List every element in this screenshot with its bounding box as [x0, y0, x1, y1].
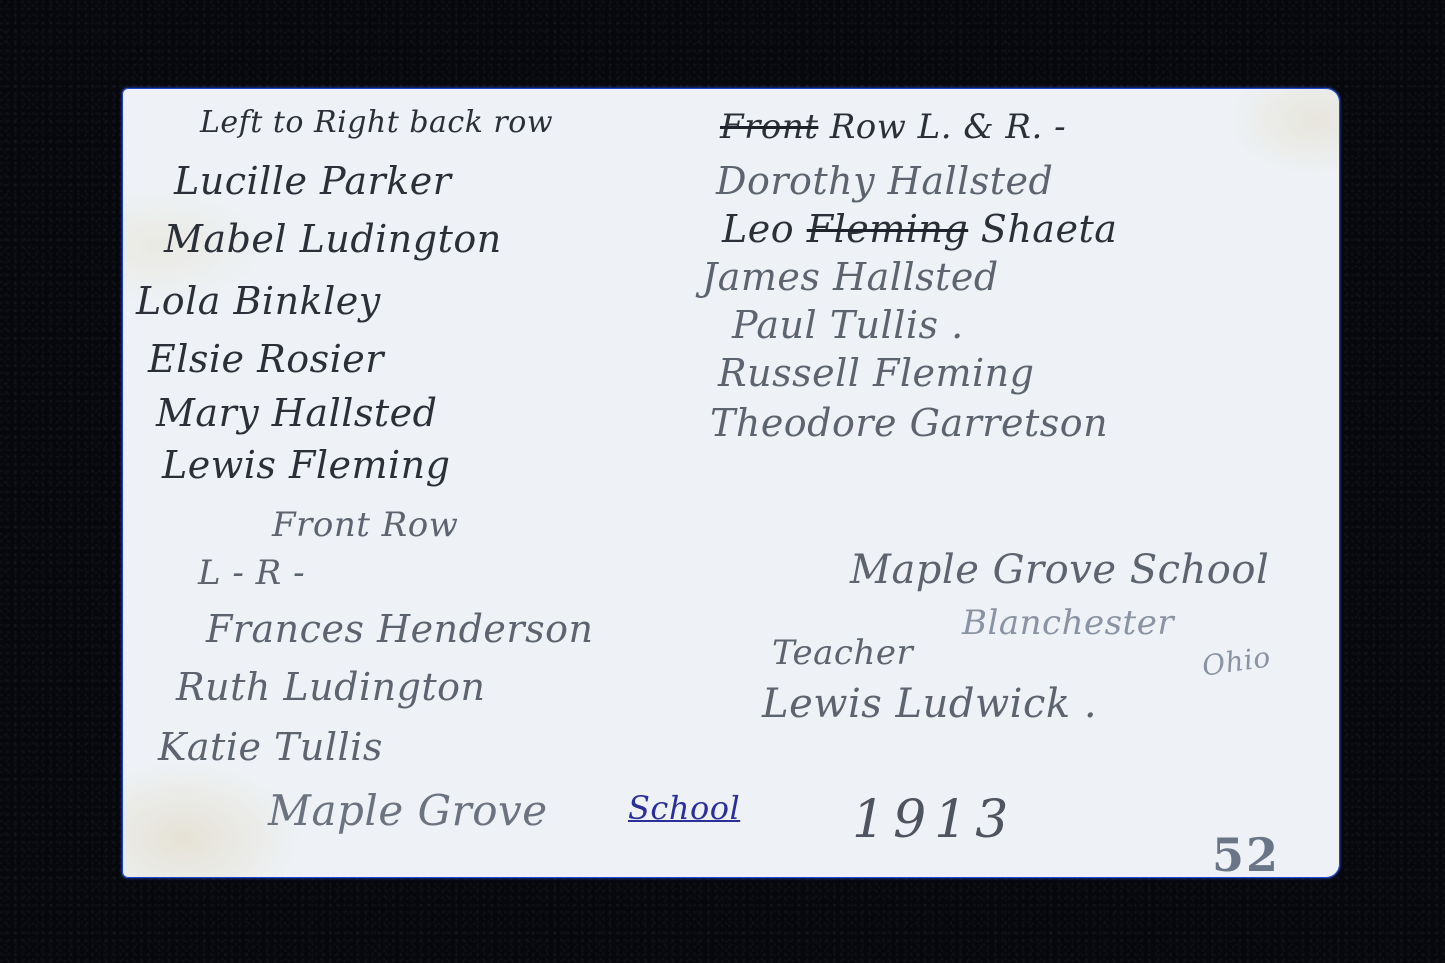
front-row-name: Ruth Ludington — [176, 668, 486, 706]
front-row-subheading: L - R - — [198, 556, 305, 590]
back-row-name: Mary Hallsted — [156, 394, 437, 432]
middle-row-heading-text: Row L. & R. - — [830, 107, 1066, 147]
teacher-name: Lewis Ludwick . — [762, 684, 1097, 724]
catalog-number: 52 — [1212, 832, 1280, 878]
back-row-name: Elsie Rosier — [148, 340, 384, 378]
front-row-name: Frances Henderson — [206, 610, 593, 648]
back-row-heading: Left to Right back row — [200, 108, 553, 138]
teacher-label: Teacher — [772, 636, 913, 670]
footer-school-ink: School — [628, 792, 740, 824]
corrected-first-name: Leo — [722, 207, 794, 251]
front-row-name: Katie Tullis — [158, 728, 383, 766]
back-row-name: Lola Binkley — [136, 282, 381, 320]
replacement-surname: Shaeta — [981, 207, 1118, 251]
back-row-name: Lewis Fleming — [162, 446, 450, 484]
struck-surname: Fleming — [807, 207, 969, 251]
middle-row-name: Russell Fleming — [718, 354, 1034, 392]
footer-school-pencil: Maple Grove — [268, 790, 548, 832]
photo-card-back: Left to Right back row Lucille Parker Ma… — [122, 88, 1340, 878]
middle-row-name: Paul Tullis . — [732, 306, 964, 344]
middle-row-name: Dorothy Hallsted — [716, 162, 1053, 200]
back-row-name: Lucille Parker — [174, 162, 451, 200]
footer-year: 1913 — [852, 794, 1016, 846]
front-row-heading: Front Row — [272, 508, 458, 542]
back-row-name: Mabel Ludington — [164, 220, 502, 258]
middle-row-name: Theodore Garretson — [710, 404, 1108, 442]
location-pencil-note: Blanchester — [962, 606, 1174, 640]
state-pencil-note: Ohio — [1200, 643, 1272, 680]
middle-row-name: James Hallsted — [702, 258, 999, 296]
middle-row-heading: Front Row L. & R. - — [720, 110, 1066, 144]
school-name: Maple Grove School — [850, 550, 1269, 590]
struck-heading-word: Front — [720, 107, 818, 147]
middle-row-name-corrected: Leo Fleming Shaeta — [722, 210, 1117, 248]
